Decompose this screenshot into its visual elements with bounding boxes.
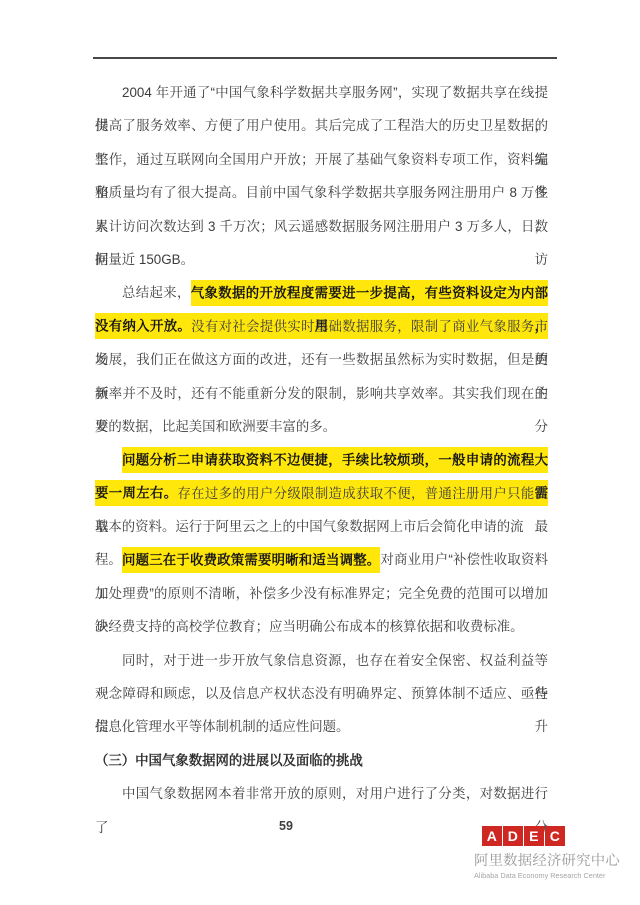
highlight-segment: 问题三在于收费政策需要明晰和适当调整。 [122,547,380,573]
text-segment: 少经费支持的高校学位教育；应当明确公布成本的核算依据和收费标准。 [95,619,524,634]
text-line: 工处理费”的原则不清晰，补偿多少没有标准界定；完全免费的范围可以增加缺 [95,577,548,610]
text-line: 总结起来，气象数据的开放程度需要进一步提高，有些资料设定为内部使用， [95,276,548,309]
adec-logo-blocks: ADEC [482,826,624,846]
text-segment: 总结起来， [122,285,191,300]
highlight-segment: 要一周左右。 [95,480,177,506]
logo-letter-block: D [503,826,523,846]
text-line: 频率并不及时，还有不能重新分发的限制，影响共享效率。其实我们现在主要分 [95,377,548,410]
logo-letter-block: C [545,826,565,846]
page-number: 59 [246,819,326,833]
logo-letter-block: A [482,826,502,846]
text-line: 观念障碍和顾虑，以及信息产权状态没有明确界定、预算体制不适应、亟待提升 [95,677,548,710]
text-line: 少经费支持的高校学位教育；应当明确公布成本的核算依据和收费标准。 [95,610,548,643]
text-line: 和质量均有了很大提高。目前中国气象科学数据共享服务网注册用户 8 万多人， [95,176,548,209]
logo-name-en: Alibaba Data Economy Research Center [474,871,624,880]
text-line: 发展，我们正在做这方面的改进，还有一些数据虽然标为实时数据，但是更新的 [95,343,548,376]
text-line: 问题分析二申请获取资料不边便捷，手续比较烦琐，一般申请的流程大约需 [95,443,548,476]
text-line: 提高了服务效率、方便了用户使用。其后完成了工程浩大的历史卫星数据的整编 [95,109,548,142]
text-line: 同时，对于进一步开放气象信息资源，也存在着安全保密、权益利益等一些 [95,644,548,677]
text-line: （三）中国气象数据网的进展以及面临的挑战 [95,744,548,777]
logo-letter-block: E [524,826,544,846]
logo-name-cn: 阿里数据经济研究中心 [474,849,624,870]
text-line: 要一周左右。存在过多的用户分级限制造成获取不便，普通注册用户只能获取最 [95,477,548,510]
text-segment: 问量近 150GB。 [95,252,194,267]
text-line: 基本的资料。运行于阿里云之上的中国气象数据网上市后会简化申请的流程。 [95,510,548,543]
text-line: 问题三在于收费政策需要明晰和适当调整。对商业用户“补偿性收取资料加 [95,543,548,576]
text-segment: （三）中国气象数据网的进展以及面临的挑战 [95,753,363,768]
text-line: 中国气象数据网本着非常开放的原则，对用户进行了分类，对数据进行了分 [95,777,548,810]
adec-logo: ADEC 阿里数据经济研究中心 Alibaba Data Economy Res… [474,826,624,880]
text-line: 累计访问次数达到 3 千万次；风云遥感数据服务网注册用户 3 万多人，日数据访 [95,210,548,243]
text-line: 2004 年开通了“中国气象科学数据共享服务网”，实现了数据共享在线提供， [95,76,548,109]
highlight-segment: 没有纳入开放。 [95,313,191,339]
text-segment: 发的数据，比起美国和欧洲要丰富的多。 [95,419,336,434]
header-rule [93,57,557,59]
text-line: 工作，通过互联网向全国用户开放；开展了基础气象资料专项工作，资料完整性 [95,143,548,176]
document-page: 2004 年开通了“中国气象科学数据共享服务网”，实现了数据共享在线提供，提高了… [0,0,640,905]
text-segment: 信息化管理水平等体制机制的适应性问题。 [95,719,349,734]
text-line: 没有纳入开放。没有对社会提供实时基础数据服务，限制了商业气象服务市场的 [95,310,548,343]
document-body: 2004 年开通了“中国气象科学数据共享服务网”，实现了数据共享在线提供，提高了… [95,76,548,811]
